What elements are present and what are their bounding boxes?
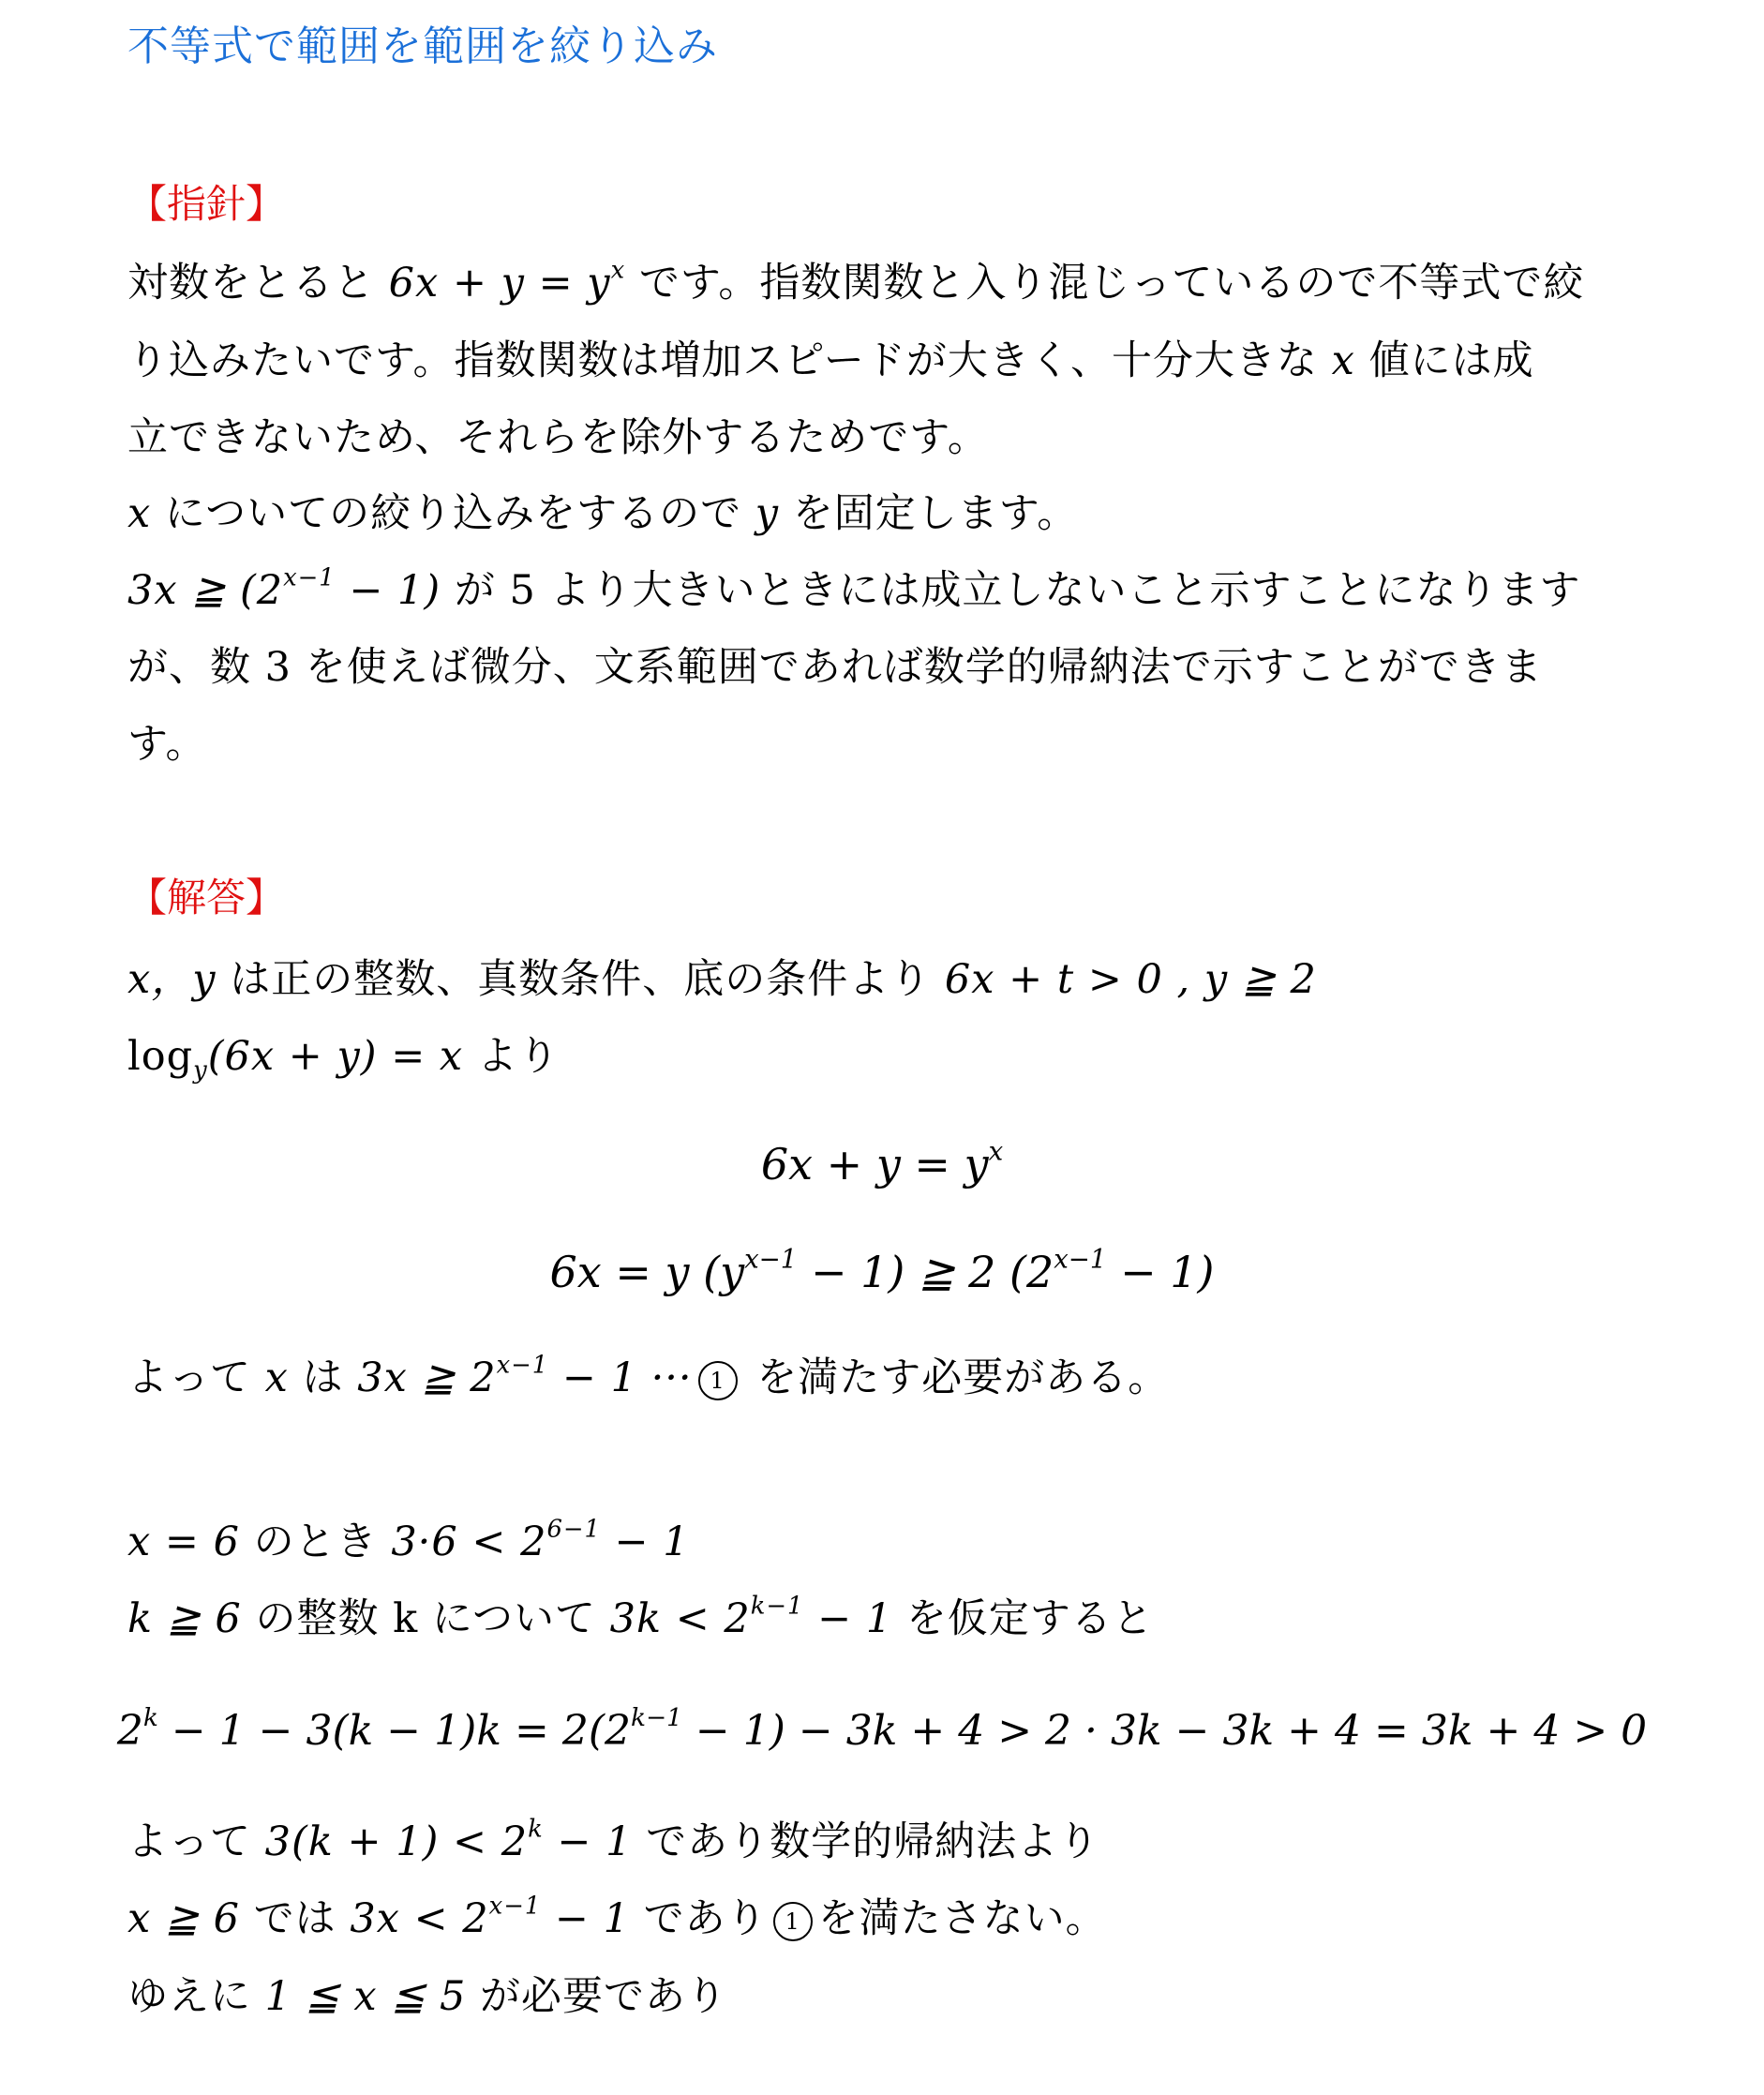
math: 3·6 < 2 <box>391 1519 546 1565</box>
circled-number-icon: 1 <box>698 1361 738 1400</box>
math-sup: x <box>611 257 626 285</box>
math: 6x = y (y <box>550 1247 745 1297</box>
math-sup: k <box>143 1703 158 1732</box>
answer-line-1: x，y は正の整数、真数条件、底の条件より 6x + t > 0 , y ≧ 2 <box>127 951 1317 1008</box>
math: x = 6 <box>127 1519 240 1565</box>
math: 6x + t > 0 , y ≧ 2 <box>945 956 1317 1003</box>
text: を満たさない。 <box>818 1895 1107 1942</box>
math: x <box>1332 337 1355 384</box>
math-log: log <box>127 1033 193 1080</box>
math: 3x < 2 <box>350 1895 488 1942</box>
math: 1 ≦ x ≦ 5 <box>265 1973 467 2020</box>
math: 3x ≧ (2 <box>127 567 283 614</box>
section-heading-answer: 【解答】 <box>127 872 285 924</box>
math: − 1) <box>1106 1247 1214 1297</box>
math: y <box>755 490 779 537</box>
math: x <box>127 490 151 537</box>
text: です。指数関数と入り混じっているので不等式で絞 <box>625 260 1584 307</box>
text: よって <box>127 1354 265 1401</box>
guideline-line-2: り込みたいです。指数関数は増加スピードが大きく、十分大きな x 値には成 <box>127 333 1534 389</box>
text: が 5 より大きいときには成立しないこと示すことになります <box>441 567 1580 614</box>
text: を仮定すると <box>892 1595 1154 1642</box>
answer-line-5: k ≧ 6 の整数 k について 3k < 2k−1 − 1 を仮定すると <box>127 1591 1154 1647</box>
guideline-line-5: 3x ≧ (2x−1 − 1) が 5 より大きいときには成立しないこと示すこと… <box>127 562 1581 619</box>
math-sup: x−1 <box>1054 1243 1106 1274</box>
math: − 1) <box>336 567 441 614</box>
text: より <box>463 1033 560 1080</box>
guideline-line-7: す。 <box>127 716 207 772</box>
math: − 1 <box>601 1519 690 1565</box>
display-equation-1: 6x + y = yx <box>0 1134 1764 1194</box>
text: よって <box>127 1818 265 1865</box>
math-sup: 6−1 <box>546 1516 600 1544</box>
text: は正の整数、真数条件、底の条件より <box>217 956 945 1003</box>
math-sup: x−1 <box>283 564 336 592</box>
math: x <box>265 1354 289 1401</box>
math: x ≧ 6 <box>127 1895 240 1942</box>
text: では <box>240 1895 350 1942</box>
text: 立できないため、それらを除外するためです。 <box>127 414 989 461</box>
math: − 1) − 3k + 4 > 2 · 3k − 3k + 4 = 3k + 4… <box>682 1707 1647 1755</box>
text: す。 <box>127 721 207 768</box>
math: 3k < 2 <box>610 1595 751 1642</box>
math: 6x + y = y <box>389 260 611 307</box>
text: のとき <box>240 1519 391 1565</box>
text: であり <box>630 1895 768 1942</box>
text: を固定します。 <box>779 490 1078 537</box>
text: の整数 k について <box>242 1595 610 1642</box>
math-sub: y <box>193 1056 208 1085</box>
math: − 1 ··· <box>548 1354 692 1401</box>
math: − 1 <box>803 1595 892 1642</box>
text: り込みたいです。指数関数は増加スピードが大きく、十分大きな <box>127 337 1332 384</box>
math-sup: x <box>989 1135 1004 1166</box>
display-equation-3: 2k − 1 − 3(k − 1)k = 2(2k−1 − 1) − 3k + … <box>0 1701 1764 1761</box>
guideline-line-4: x についての絞り込みをするので y を固定します。 <box>127 486 1078 542</box>
math: − 1 − 3(k − 1)k = 2(2 <box>158 1707 631 1755</box>
math-sup: k−1 <box>631 1703 682 1732</box>
answer-line-2: logy(6x + y) = x より <box>127 1028 560 1085</box>
math-sup: x−1 <box>744 1243 797 1274</box>
text: ゆえに <box>127 1973 265 2020</box>
math: x，y <box>127 956 217 1003</box>
text: 値には成 <box>1355 337 1534 384</box>
text: は <box>289 1354 357 1401</box>
math-sup: k <box>528 1816 544 1844</box>
display-equation-2: 6x = y (yx−1 − 1) ≧ 2 (2x−1 − 1) <box>0 1242 1764 1302</box>
answer-line-8: ゆえに 1 ≦ x ≦ 5 が必要であり <box>127 1968 727 2025</box>
text: 対数をとると <box>127 260 389 307</box>
math: k ≧ 6 <box>127 1595 242 1642</box>
text: を満たす必要がある。 <box>743 1354 1170 1401</box>
answer-line-3: よって x は 3x ≧ 2x−1 − 1 ···1 を満たす必要がある。 <box>127 1350 1169 1406</box>
answer-line-4: x = 6 のとき 3·6 < 26−1 − 1 <box>127 1514 690 1570</box>
math-sup: x−1 <box>489 1893 542 1921</box>
text: についての絞り込みをするので <box>151 490 755 537</box>
answer-line-7: x ≧ 6 では 3x < 2x−1 − 1 であり1を満たさない。 <box>127 1891 1107 1947</box>
math: 3x ≧ 2 <box>357 1354 496 1401</box>
math: (6x + y) = x <box>208 1033 463 1080</box>
section-heading-guideline: 【指針】 <box>127 178 285 231</box>
math-sup: x−1 <box>497 1352 549 1380</box>
math-sup: k−1 <box>751 1593 804 1621</box>
math: − 1) ≧ 2 (2 <box>797 1247 1054 1297</box>
math: 3(k + 1) < 2 <box>265 1818 528 1865</box>
math: − 1 <box>544 1818 633 1865</box>
answer-line-6: よって 3(k + 1) < 2k − 1 であり数学的帰納法より <box>127 1814 1099 1870</box>
math: − 1 <box>541 1895 630 1942</box>
text: が必要であり <box>466 1973 727 2020</box>
math: 6x + y = y <box>761 1139 989 1190</box>
text: であり数学的帰納法より <box>632 1818 1099 1865</box>
math: 2 <box>117 1707 143 1755</box>
page-title: 不等式で範囲を範囲を絞り込み <box>127 19 718 75</box>
text: が、数 3 を使えば微分、文系範囲であれば数学的帰納法で示すことができま <box>127 644 1543 691</box>
guideline-line-3: 立できないため、それらを除外するためです。 <box>127 410 989 466</box>
guideline-line-1: 対数をとると 6x + y = yx です。指数関数と入り混じっているので不等式… <box>127 255 1584 311</box>
guideline-line-6: が、数 3 を使えば微分、文系範囲であれば数学的帰納法で示すことができま <box>127 639 1543 696</box>
circled-number-icon: 1 <box>773 1902 813 1941</box>
